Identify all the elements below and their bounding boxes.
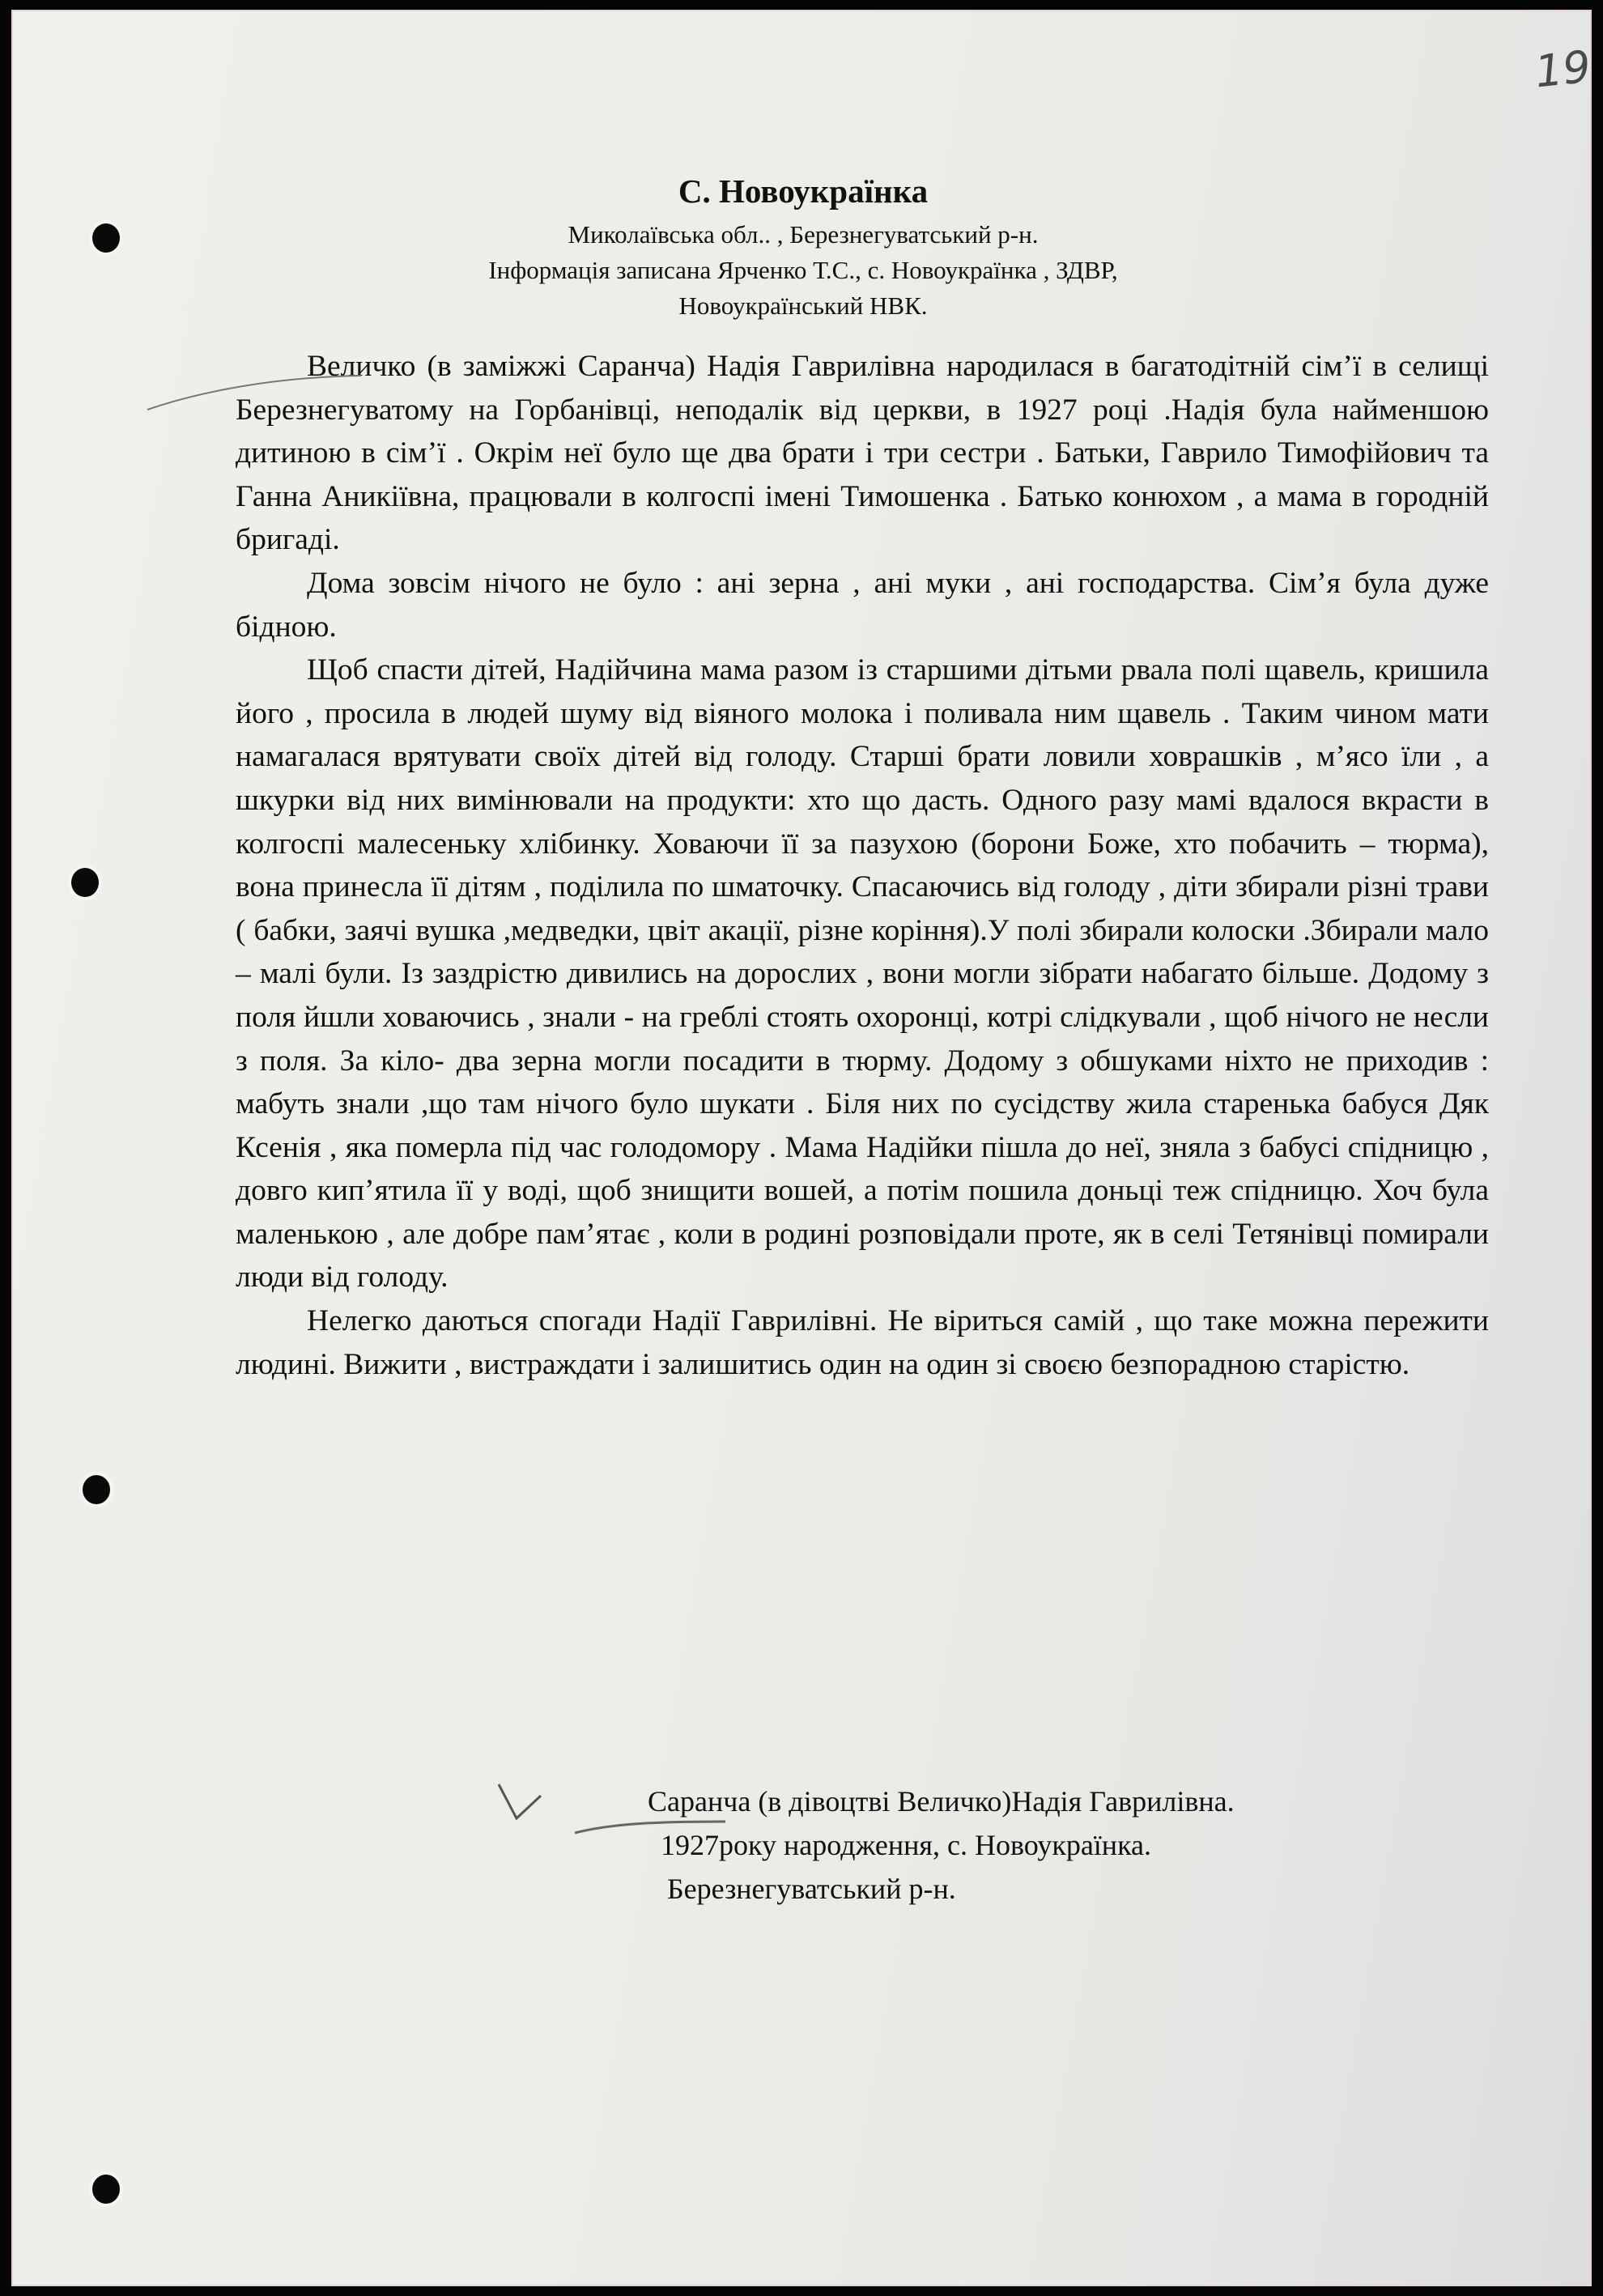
checkmark-icon [499,1784,541,1818]
pencil-marks [13,11,1593,2288]
pencil-underline-mark [575,1822,725,1833]
pencil-underline-mark [147,376,361,410]
document-page: 19 С. Новоукраїнка Миколаївська обл.. , … [11,10,1592,2286]
